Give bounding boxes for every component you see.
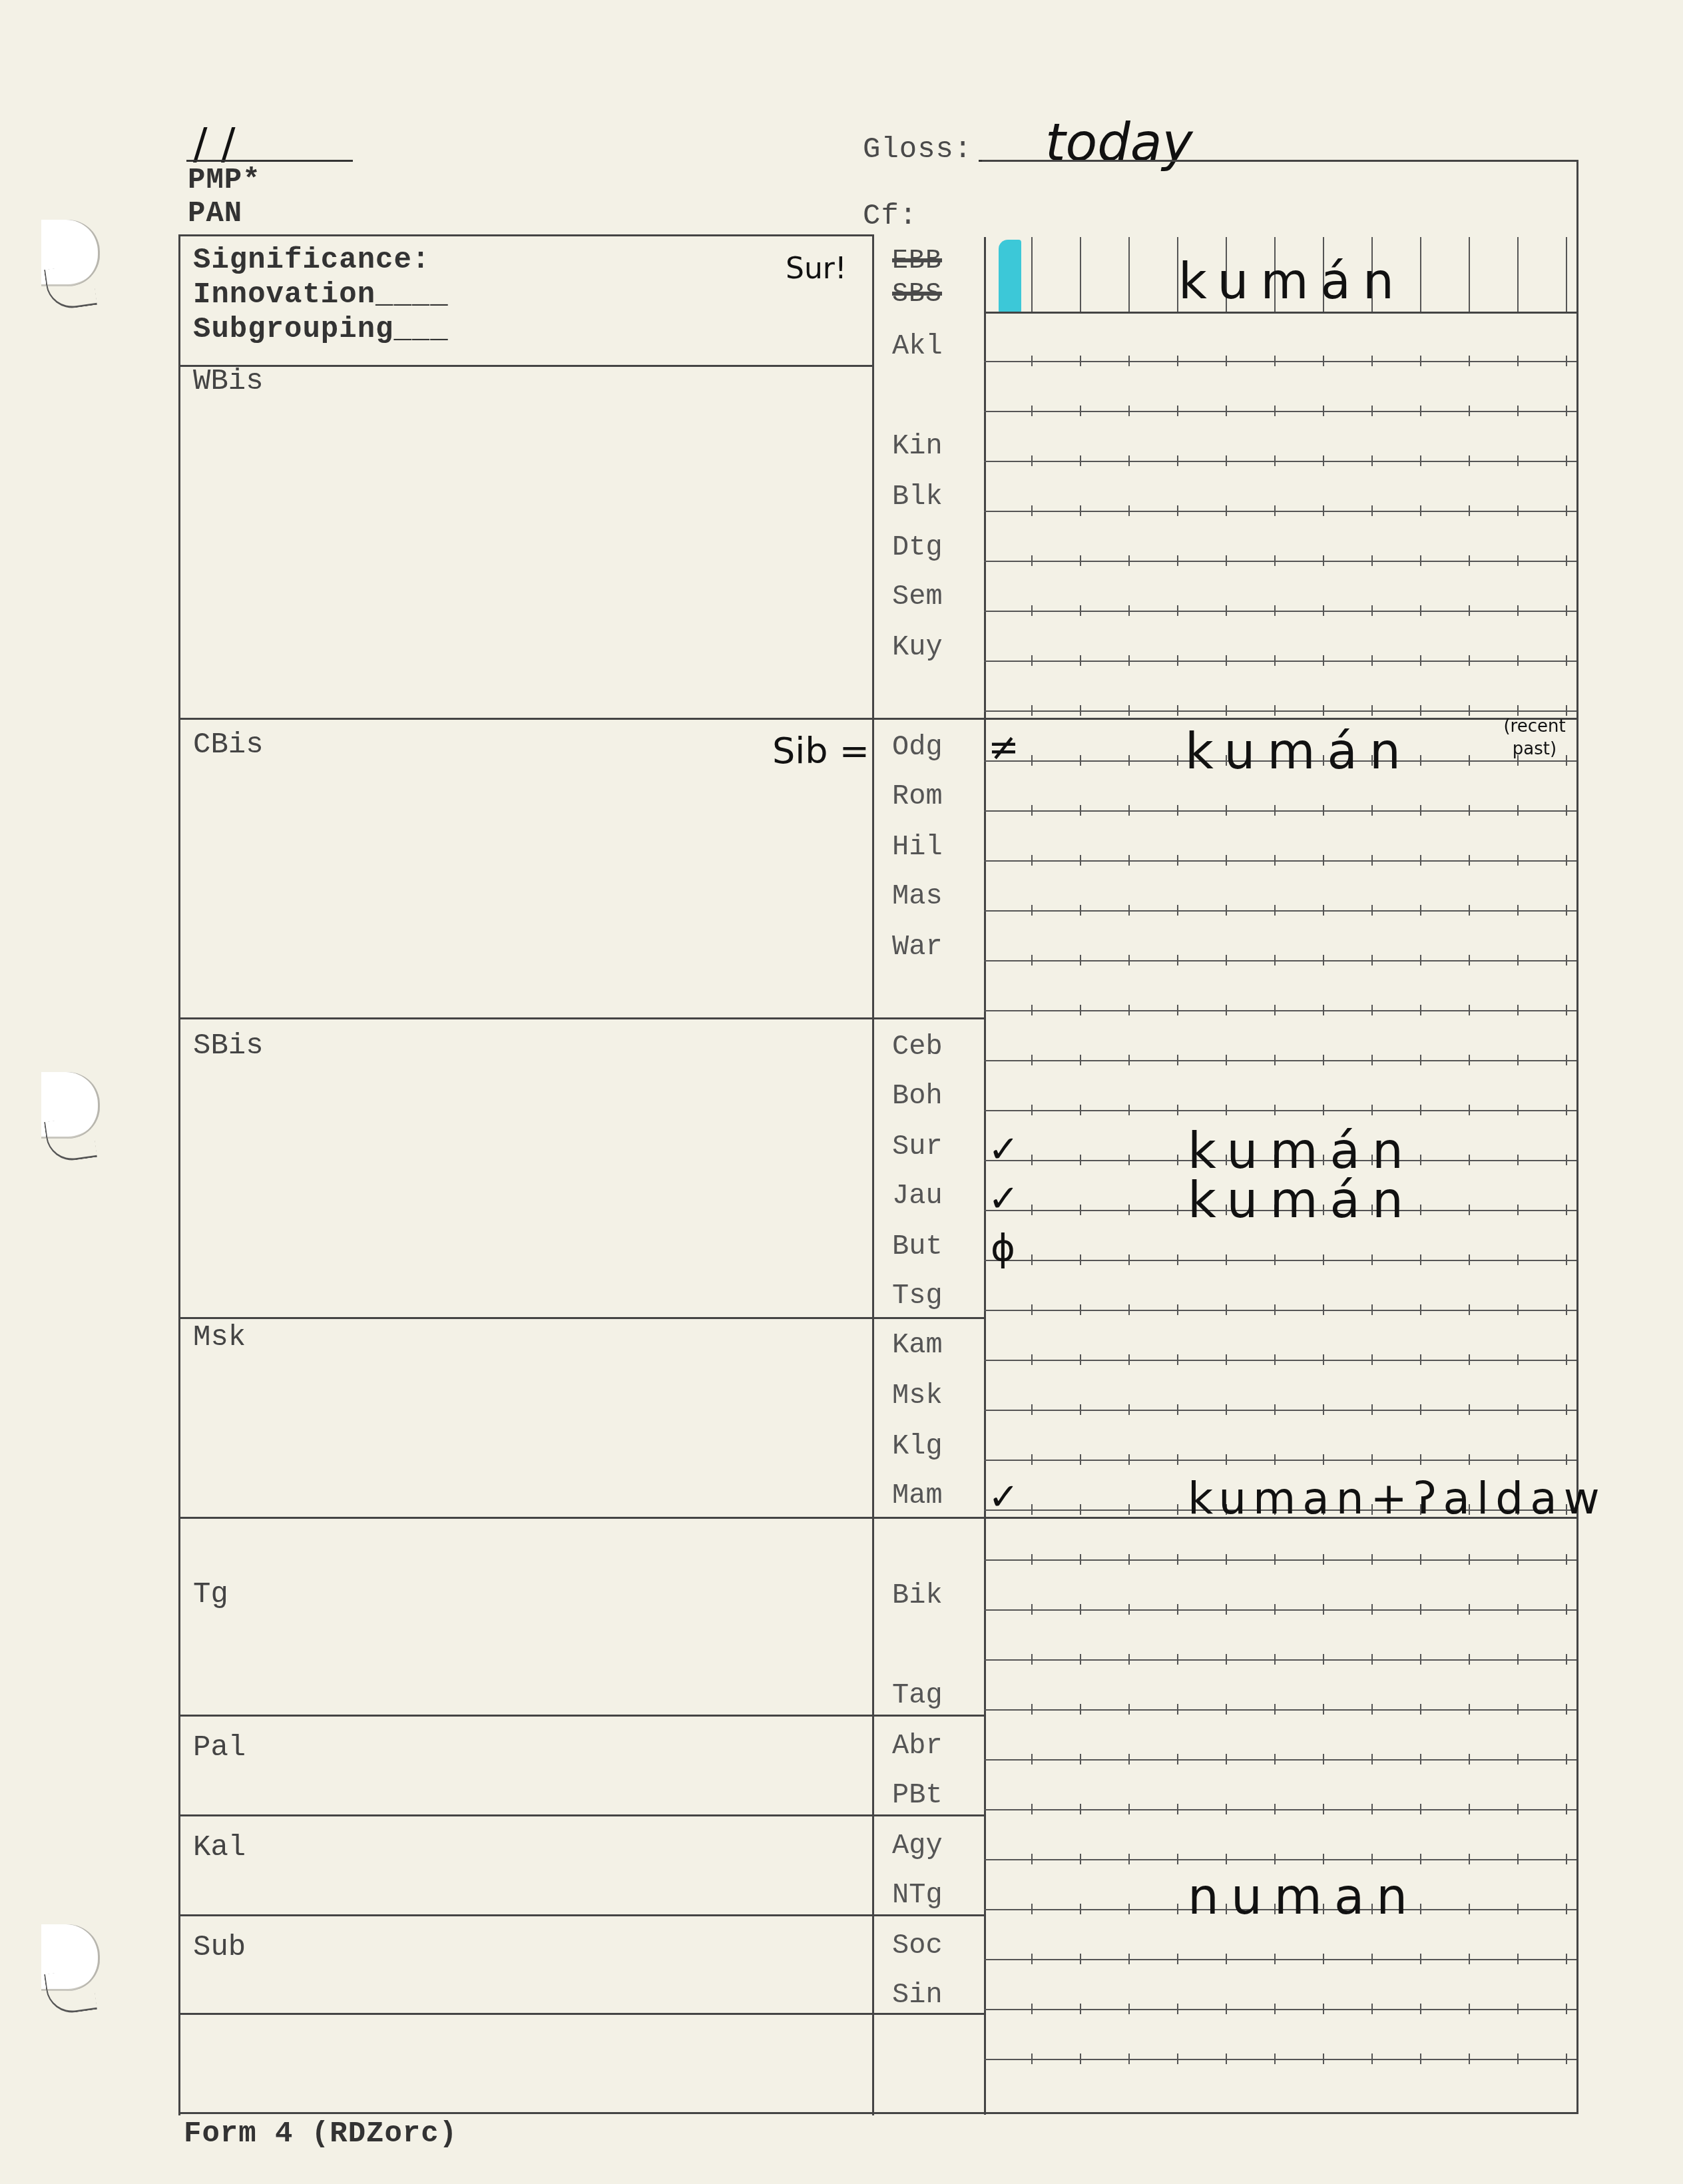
odg-mark: ≠: [988, 726, 1019, 769]
lang-kin: Kin: [892, 430, 943, 462]
gloss-value: today: [1045, 113, 1193, 173]
binder-hole: [41, 220, 100, 286]
lang-hil: Hil: [892, 831, 943, 863]
jau-form: kumán: [1188, 1172, 1415, 1229]
section-label-cbis: CBis: [193, 728, 264, 762]
lang-kuy: Kuy: [892, 631, 943, 663]
ruled-ticks: [984, 406, 1576, 416]
ruled-ticks: [984, 1754, 1576, 1765]
ruled-ticks: [984, 605, 1576, 616]
divider-blank: [178, 2013, 986, 2015]
ruled-ticks: [984, 1005, 1576, 1015]
divider-cbis: [178, 718, 1578, 720]
ruled-ticks: [984, 1354, 1576, 1365]
ruled-ticks: [984, 655, 1576, 666]
ruled-ticks: [984, 855, 1576, 866]
header-row-bottom: [984, 312, 1578, 314]
ruled-ticks: [984, 1454, 1576, 1465]
ruled-ticks: [984, 356, 1576, 366]
struck-abbrev-2: SBS: [892, 280, 942, 310]
lang-bik: Bik: [892, 1579, 943, 1611]
divider-wbis: [178, 365, 874, 367]
lang-pbt: PBt: [892, 1779, 943, 1811]
gloss-label: Gloss:: [863, 133, 972, 166]
divider-sbis: [178, 1017, 986, 1019]
divider-kal: [178, 1814, 986, 1816]
section-label-tg: Tg: [193, 1578, 228, 1611]
ruled-ticks: [984, 1055, 1576, 1065]
significance-title: Significance:: [193, 244, 430, 277]
lang-blk: Blk: [892, 481, 943, 513]
lang-sur: Sur: [892, 1131, 943, 1163]
lang-sem: Sem: [892, 581, 943, 613]
ruled-ticks: [984, 555, 1576, 566]
lang-sin: Sin: [892, 1979, 943, 2011]
section-label-kal: Kal: [193, 1831, 246, 1864]
odg-form: kumán: [1185, 723, 1413, 780]
frame-mid: [872, 234, 874, 2115]
lang-odg: Odg: [892, 731, 943, 763]
lang-dtg: Dtg: [892, 531, 943, 563]
ruled-ticks: [984, 1704, 1576, 1715]
section-label-sbis: SBis: [193, 1029, 264, 1063]
lang-abr: Abr: [892, 1730, 943, 1762]
lang-akl: Akl: [892, 330, 943, 362]
lang-ntg: NTg: [892, 1879, 943, 1911]
lang-mam: Mam: [892, 1480, 943, 1511]
date-underline: [186, 160, 353, 162]
pan-label: PAN: [188, 197, 242, 230]
ruled-ticks: [984, 1304, 1576, 1315]
significance-note: Sur!: [786, 252, 847, 286]
lang-msk: Msk: [892, 1380, 943, 1412]
lang-jau: Jau: [892, 1180, 943, 1212]
divider-sub: [178, 1914, 986, 1916]
ruled-ticks: [984, 1604, 1576, 1615]
mam-mark: ✓: [988, 1476, 1019, 1519]
ruled-ticks: [984, 1654, 1576, 1665]
lang-war: War: [892, 931, 943, 963]
lang-tag: Tag: [892, 1679, 943, 1711]
frame-right: [1576, 160, 1578, 2114]
ruled-ticks: [984, 2004, 1576, 2014]
lang-boh: Boh: [892, 1080, 943, 1112]
lang-agy: Agy: [892, 1830, 943, 1862]
ruled-ticks: [984, 455, 1576, 466]
lang-mas: Mas: [892, 880, 943, 912]
lang-soc: Soc: [892, 1930, 943, 1962]
ruled-ticks: [984, 955, 1576, 965]
lang-rom: Rom: [892, 780, 943, 812]
odg-prefix: Sib =: [772, 730, 869, 772]
frame-bottom: [178, 2112, 1578, 2114]
frame-col: [984, 237, 986, 2115]
ruled-ticks: [984, 805, 1576, 816]
cf-label: Cf:: [863, 200, 917, 233]
divider-pal: [178, 1715, 986, 1717]
innovation-field: Innovation____: [193, 278, 449, 312]
section-label-sub: Sub: [193, 1931, 246, 1964]
binder-hole: [41, 1924, 100, 1991]
lang-but: But: [892, 1230, 943, 1262]
frame-left: [178, 234, 180, 2115]
lang-ceb: Ceb: [892, 1031, 943, 1063]
ruled-ticks: [984, 1404, 1576, 1415]
jau-mark: ✓: [988, 1177, 1019, 1221]
section-label-pal: Pal: [193, 1731, 246, 1765]
ruled-ticks: [984, 1954, 1576, 1964]
ruled-ticks: [984, 705, 1576, 716]
section-label-msk: Msk: [193, 1321, 246, 1354]
ruled-ticks: [984, 1854, 1576, 1864]
form-footer: Form 4 (RDZorc): [184, 2117, 457, 2151]
ruled-ticks: [984, 505, 1576, 516]
ruled-ticks: [984, 2053, 1576, 2064]
section-label-wbis: WBis: [193, 365, 264, 398]
ruled-ticks: [984, 905, 1576, 916]
ntg-form: numan: [1188, 1868, 1419, 1926]
ruled-ticks: [984, 1554, 1576, 1565]
lang-kam: Kam: [892, 1329, 943, 1361]
subgrouping-field: Subgrouping___: [193, 313, 449, 346]
ruled-ticks: [984, 1105, 1576, 1115]
mam-form: kuman+ʔaldaw: [1188, 1473, 1606, 1524]
binder-hole: [41, 1072, 100, 1139]
sur-mark: ✓: [988, 1128, 1019, 1171]
odg-note: (recent past): [1491, 715, 1578, 760]
divider-msk: [178, 1317, 986, 1319]
ruled-ticks: [984, 1254, 1576, 1265]
struck-abbrev-1: EBB: [892, 246, 942, 276]
header-form: kumán: [1178, 253, 1406, 310]
pmp-label: PMP*: [188, 164, 261, 197]
frame-top-right: [982, 160, 1578, 162]
lang-klg: Klg: [892, 1430, 943, 1462]
highlight-marker: [999, 240, 1021, 313]
ruled-ticks: [984, 1804, 1576, 1814]
frame-top-left: [180, 234, 872, 236]
lang-tsg: Tsg: [892, 1280, 943, 1312]
but-mark: ϕ: [991, 1227, 1015, 1270]
